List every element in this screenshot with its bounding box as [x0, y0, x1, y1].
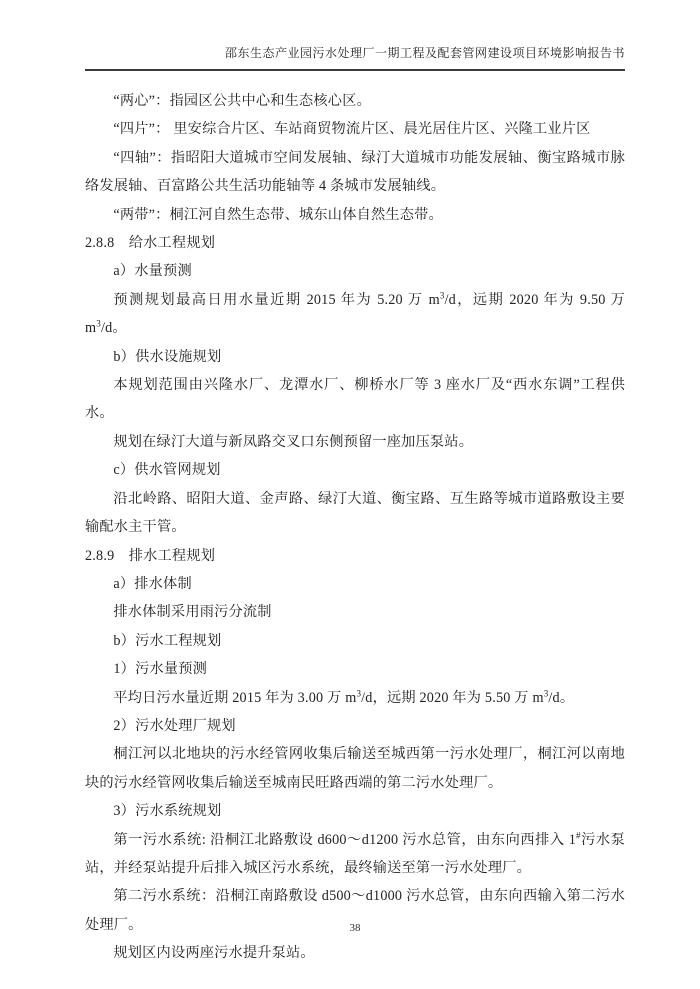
section-heading: 2.8.8 给水工程规划	[85, 229, 625, 257]
paragraph: 平均日污水量近期 2015 年为 3.00 万 m3/d，远期 2020 年为 …	[85, 684, 625, 712]
paragraph: “两带”：桐江河自然生态带、城东山体自然生态带。	[85, 201, 625, 229]
paragraph: 规划区内设两座污水提升泵站。	[85, 939, 625, 967]
paragraph: “两心”：指园区公共中心和生态核心区。	[85, 87, 625, 115]
document-page: 邵东生态产业园污水处理厂一期工程及配套管网建设项目环境影响报告书 “两心”：指园…	[0, 0, 700, 989]
paragraph: 第一污水系统: 沿桐江北路敷设 d600～d1200 污水总管，由东向西排入 1…	[85, 826, 625, 883]
superscript: 3	[544, 688, 549, 698]
paragraph: “四片”： 里安综合片区、车站商贸物流片区、晨光居住片区、兴隆工业片区	[85, 115, 625, 143]
document-body: “两心”：指园区公共中心和生态核心区。“四片”： 里安综合片区、车站商贸物流片区…	[85, 87, 625, 968]
paragraph: c）供水管网规划	[85, 456, 625, 484]
superscript: 3	[356, 688, 361, 698]
paragraph: b）供水设施规划	[85, 343, 625, 371]
section-heading: 2.8.9 排水工程规划	[85, 542, 625, 570]
paragraph: 排水体制采用雨污分流制	[85, 598, 625, 626]
paragraph: “四轴”：指昭阳大道城市空间发展轴、绿汀大道城市功能发展轴、衡宝路城市脉络发展轴…	[85, 144, 625, 201]
paragraph: 本规划范围由兴隆水厂、龙潭水厂、柳桥水厂等 3 座水厂及“西水东调”工程供水。	[85, 371, 625, 428]
superscript: 3	[96, 319, 101, 329]
superscript: 3	[440, 290, 445, 300]
paragraph: 沿北岭路、昭阳大道、金声路、绿汀大道、衡宝路、互生路等城市道路敷设主要输配水主干…	[85, 485, 625, 542]
paragraph: a）水量预测	[85, 257, 625, 285]
superscript: #	[576, 830, 581, 840]
paragraph: 1）污水量预测	[85, 655, 625, 683]
paragraph: 预测规划最高日用水量近期 2015 年为 5.20 万 m3/d，远期 2020…	[85, 286, 625, 343]
paragraph: b）污水工程规划	[85, 627, 625, 655]
paragraph: 桐江河以北地块的污水经管网收集后输送至城西第一污水处理厂，桐江河以南地块的污水经…	[85, 740, 625, 797]
paragraph: a）排水体制	[85, 570, 625, 598]
page-number: 38	[85, 921, 625, 935]
report-header: 邵东生态产业园污水处理厂一期工程及配套管网建设项目环境影响报告书	[85, 44, 625, 71]
report-header-title: 邵东生态产业园污水处理厂一期工程及配套管网建设项目环境影响报告书	[225, 46, 625, 60]
paragraph: 3）污水系统规划	[85, 797, 625, 825]
paragraph: 2）污水处理厂规划	[85, 712, 625, 740]
paragraph: 规划在绿汀大道与新凤路交叉口东侧预留一座加压泵站。	[85, 428, 625, 456]
